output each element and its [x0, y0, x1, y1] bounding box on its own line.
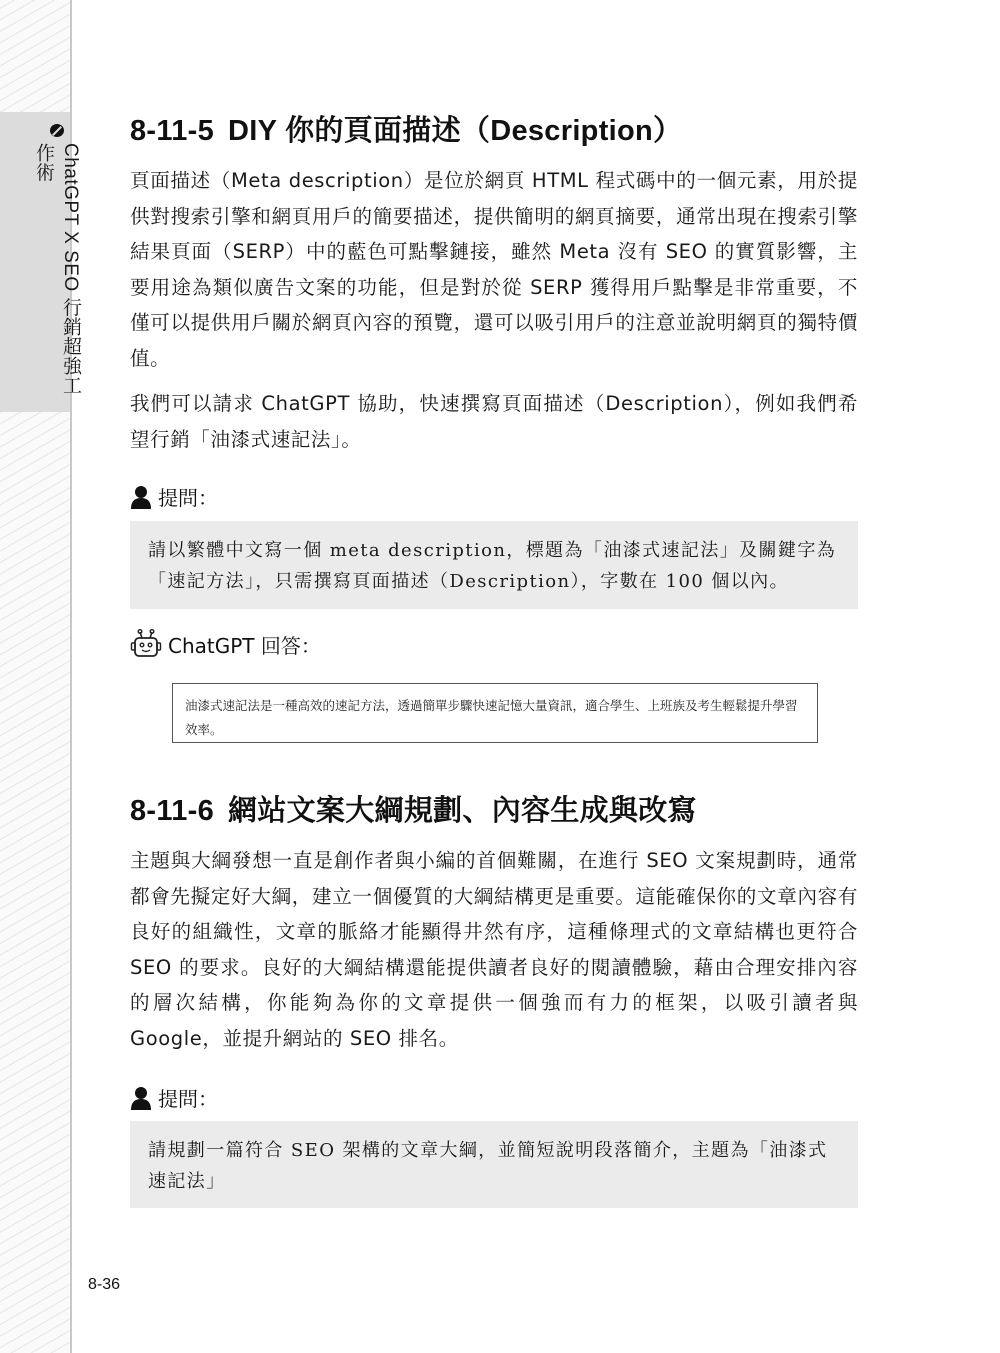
section-title-text: DIY 你的頁面描述（Description）	[228, 115, 682, 147]
prompt-box: 請規劃一篇符合 SEO 架構的文章大綱，並簡短說明段落簡介，主題為「油漆式速記法…	[130, 1121, 858, 1208]
question-label-text: 提問：	[158, 1083, 218, 1112]
body-paragraph: 主題與大綱發想一直是創作者與小編的首個難關，在進行 SEO 文案規劃時，通常都會…	[130, 843, 858, 1056]
section-number: 8-11-5	[130, 115, 214, 147]
chatgpt-answer-label: ChatGPT 回答：	[130, 628, 321, 660]
chatgpt-answer-box: 油漆式速記法是一種高效的速記方法，透過簡單步驟快速記憶大量資訊，適合學生、上班族…	[172, 683, 818, 743]
answer-text: 油漆式速記法是一種高效的速記方法，透過簡單步驟快速記憶大量資訊，適合學生、上班族…	[185, 698, 798, 737]
question-label-text: 提問：	[158, 482, 218, 511]
question-label: 提問：	[130, 1083, 218, 1112]
prompt-text: 請規劃一篇符合 SEO 架構的文章大綱，並簡短說明段落簡介，主題為「油漆式速記法…	[148, 1140, 827, 1192]
section-heading-8-11-6: 8-11-6網站文案大綱規劃、內容生成與改寫	[130, 788, 697, 829]
slashed-circle-icon	[50, 124, 64, 137]
chatgpt-answer-label-text: ChatGPT 回答：	[168, 630, 321, 659]
section-heading-8-11-5: 8-11-5DIY 你的頁面描述（Description）	[130, 108, 682, 149]
person-icon	[130, 1086, 152, 1110]
chapter-tab-label: ChatGPT X SEO 行銷超強工作術	[30, 143, 84, 412]
person-icon	[130, 485, 152, 509]
section-number: 8-11-6	[130, 795, 214, 827]
body-paragraph: 我們可以請求 ChatGPT 協助，快速撰寫頁面描述（Description），…	[130, 386, 858, 457]
page-number: 8-36	[88, 1276, 120, 1294]
chapter-tab: ChatGPT X SEO 行銷超強工作術	[0, 112, 70, 412]
section-title-text: 網站文案大綱規劃、內容生成與改寫	[228, 795, 697, 827]
prompt-text: 請以繁體中文寫一個 meta description，標題為「油漆式速記法」及關…	[148, 540, 836, 592]
body-paragraph: 頁面描述（Meta description）是位於網頁 HTML 程式碼中的一個…	[130, 163, 858, 376]
question-label: 提問：	[130, 482, 218, 511]
prompt-box: 請以繁體中文寫一個 meta description，標題為「油漆式速記法」及關…	[130, 521, 858, 609]
robot-icon	[130, 628, 162, 660]
